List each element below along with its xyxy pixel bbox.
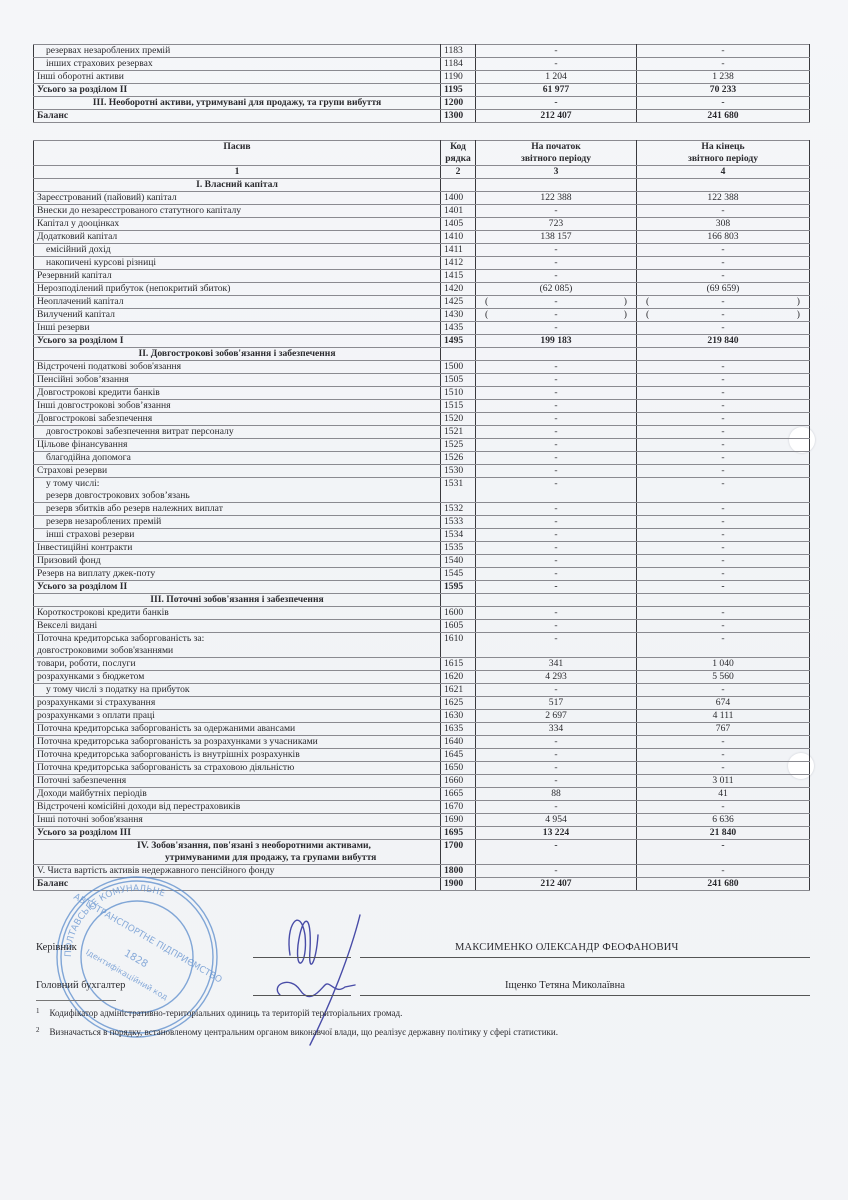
- table-row: Пенсійні зобов’язання1505--: [34, 374, 810, 387]
- row-label: інші страхові резерви: [34, 529, 441, 542]
- section-title: III. Поточні зобов'язання і забезпечення: [34, 594, 441, 607]
- section-equity: I. Власний капітал: [34, 179, 810, 192]
- table-row: Інші довгострокові зобов’язання1515--: [34, 400, 810, 413]
- row-value-end: 674: [637, 697, 810, 710]
- row-label: резерв незароблених премій: [34, 516, 441, 529]
- empty-cell: [637, 594, 810, 607]
- row-value-start: 61 977: [476, 84, 637, 97]
- row-value-end: -: [637, 439, 810, 452]
- row-label: Внески до незареєстрованого статутного к…: [34, 205, 441, 218]
- row-label: Інші довгострокові зобов’язання: [34, 400, 441, 413]
- row-value-end: -: [637, 736, 810, 749]
- row-code: 1410: [441, 231, 476, 244]
- table-row: розрахунками з оплати праці16302 6974 11…: [34, 710, 810, 723]
- head-name-line: [360, 957, 810, 958]
- row-label: Баланс: [34, 110, 441, 123]
- row-code: 1405: [441, 218, 476, 231]
- table-row: Поточна кредиторська заборгованість із в…: [34, 749, 810, 762]
- row-value-end: 70 233: [637, 84, 810, 97]
- row-value-end: (-): [637, 296, 810, 309]
- row-value-start: -: [476, 529, 637, 542]
- col-num-3: 3: [476, 166, 637, 179]
- section-longterm: II. Довгострокові зобов'язання і забезпе…: [34, 348, 810, 361]
- row-value-end: -: [637, 762, 810, 775]
- row-value-end: 166 803: [637, 231, 810, 244]
- row-value-start: -: [476, 413, 637, 426]
- table-row: Резервний капітал1415--: [34, 270, 810, 283]
- row-code: 1670: [441, 801, 476, 814]
- empty-cell: [476, 348, 637, 361]
- footnote-2: 2Визначається в порядку, встановленому ц…: [36, 1027, 558, 1037]
- row-label: у тому числі з податку на прибуток: [34, 684, 441, 697]
- row-value-start: -: [476, 684, 637, 697]
- assets-tail-table: резервах незароблених премій1183--інших …: [33, 44, 810, 123]
- head-name: МАКСИМЕНКО ОЛЕКСАНДР ФЕОФАНОВИЧ: [455, 942, 679, 953]
- table-row: Відстрочені комісійні доходи від перестр…: [34, 801, 810, 814]
- row-value-start: -: [476, 361, 637, 374]
- row-value-end: -: [637, 516, 810, 529]
- row-value-start: -: [476, 749, 637, 762]
- row-code: 1505: [441, 374, 476, 387]
- table-row: Нерозподілений прибуток (непокритий збит…: [34, 283, 810, 296]
- row-value-end: -: [637, 426, 810, 439]
- row-code: 1300: [441, 110, 476, 123]
- section-title-line2: утримуваними для продажу, та групами виб…: [37, 852, 437, 864]
- row-value-end: -: [637, 58, 810, 71]
- row-label-line2: довгостроковими зобов'язаннями: [37, 645, 437, 657]
- row-code: 1425: [441, 296, 476, 309]
- row-code: 1900: [441, 878, 476, 891]
- table-row: Вилучений капітал1430(-)(-): [34, 309, 810, 322]
- row-value-start: -: [476, 322, 637, 335]
- row-label: Векселі видані: [34, 620, 441, 633]
- row-label: Поточна кредиторська заборгованість за р…: [34, 736, 441, 749]
- row-code: 1515: [441, 400, 476, 413]
- row-code: 1605: [441, 620, 476, 633]
- table-row: Усього за розділом I1495199 183219 840: [34, 335, 810, 348]
- row-label: Поточна кредиторська заборгованість за о…: [34, 723, 441, 736]
- row-value-start: -: [476, 568, 637, 581]
- empty-cell: [441, 179, 476, 192]
- table-row: III. Необоротні активи, утримувані для п…: [34, 97, 810, 110]
- row-code: 1531: [441, 478, 476, 503]
- row-value-end: 308: [637, 218, 810, 231]
- row-code: 1615: [441, 658, 476, 671]
- empty-cell: [637, 179, 810, 192]
- table-row: накопичені курсові різниці1412--: [34, 257, 810, 270]
- section-held-for-sale-liabilities: IV. Зобов'язання, пов'язані з необоротни…: [34, 840, 810, 865]
- table-row: Короткострокові кредити банків1600--: [34, 607, 810, 620]
- row-code: 1645: [441, 749, 476, 762]
- table-row: Неоплачений капітал1425(-)(-): [34, 296, 810, 309]
- row-value-start: -: [476, 58, 637, 71]
- row-value-start: -: [476, 257, 637, 270]
- row-value-end: -: [637, 400, 810, 413]
- row-value-start: -: [476, 555, 637, 568]
- row-code: 1401: [441, 205, 476, 218]
- row-value-start: -: [476, 762, 637, 775]
- row-label: Вилучений капітал: [34, 309, 441, 322]
- row-code: 1625: [441, 697, 476, 710]
- table-row: інші страхові резерви1534--: [34, 529, 810, 542]
- row-value-start: -: [476, 400, 637, 413]
- row-value-end: -: [637, 503, 810, 516]
- row-label: Усього за розділом I: [34, 335, 441, 348]
- header-start: На початокзвітного періоду: [476, 141, 637, 166]
- row-value-end: -: [637, 555, 810, 568]
- row-value-start: (-): [476, 296, 637, 309]
- section-title: IV. Зобов'язання, пов'язані з необоротни…: [34, 840, 441, 865]
- row-value-start: 199 183: [476, 335, 637, 348]
- row-value-start: -: [476, 452, 637, 465]
- table-row: Внески до незареєстрованого статутного к…: [34, 205, 810, 218]
- row-value-end: -: [637, 840, 810, 865]
- row-value-start: -: [476, 503, 637, 516]
- row-value-start: -: [476, 478, 637, 503]
- row-value-start: -: [476, 244, 637, 257]
- row-code: 1545: [441, 568, 476, 581]
- row-code: 1400: [441, 192, 476, 205]
- row-value-end: -: [637, 322, 810, 335]
- row-label: Короткострокові кредити банків: [34, 607, 441, 620]
- row-value-end: -: [637, 568, 810, 581]
- row-label: емісійний дохід: [34, 244, 441, 257]
- accountant-signature-line: [253, 995, 351, 996]
- row-code: 1526: [441, 452, 476, 465]
- table-row: Поточна кредиторська заборгованість за р…: [34, 736, 810, 749]
- table-row: розрахунками з бюджетом16204 2935 560: [34, 671, 810, 684]
- row-value-start: -: [476, 205, 637, 218]
- row-value-end: 241 680: [637, 878, 810, 891]
- row-value-start: -: [476, 840, 637, 865]
- row-code: 1595: [441, 581, 476, 594]
- row-value-end: -: [637, 244, 810, 257]
- row-label: Пенсійні зобов’язання: [34, 374, 441, 387]
- row-value-end: -: [637, 684, 810, 697]
- row-label: Резерв на виплату джек-поту: [34, 568, 441, 581]
- row-value-start: -: [476, 97, 637, 110]
- row-value-start: -: [476, 374, 637, 387]
- row-value-start: 1 204: [476, 71, 637, 84]
- head-signature-line: [253, 957, 351, 958]
- table-row: Додатковий капітал1410138 157166 803: [34, 231, 810, 244]
- row-code: 1630: [441, 710, 476, 723]
- row-label: Неоплачений капітал: [34, 296, 441, 309]
- header-passive: Пасив: [34, 141, 441, 166]
- row-code: 1520: [441, 413, 476, 426]
- table-row: Усього за розділом III169513 22421 840: [34, 827, 810, 840]
- row-label: резерв збитків або резерв належних випла…: [34, 503, 441, 516]
- header-end: На кінецьзвітного періоду: [637, 141, 810, 166]
- footnote-1: 1Кодифікатор адміністративно-територіаль…: [36, 1008, 402, 1018]
- table-row: у тому числі з податку на прибуток1621--: [34, 684, 810, 697]
- row-value-start: 341: [476, 658, 637, 671]
- table-row: Страхові резерви1530--: [34, 465, 810, 478]
- row-label: розрахунками з бюджетом: [34, 671, 441, 684]
- row-label: накопичені курсові різниці: [34, 257, 441, 270]
- table-row: інших страхових резервах1184--: [34, 58, 810, 71]
- row-code: 1621: [441, 684, 476, 697]
- row-label: Інші оборотні активи: [34, 71, 441, 84]
- row-code: 1535: [441, 542, 476, 555]
- table-row: розрахунками зі страхування1625517674: [34, 697, 810, 710]
- row-value-start: -: [476, 607, 637, 620]
- row-value-start: (-): [476, 309, 637, 322]
- row-value-end: 767: [637, 723, 810, 736]
- row-label: Довгострокові кредити банків: [34, 387, 441, 400]
- row-label: III. Необоротні активи, утримувані для п…: [34, 97, 441, 110]
- row-value-end: -: [637, 620, 810, 633]
- row-value-end: -: [637, 749, 810, 762]
- table-row: довгострокові забезпечення витрат персон…: [34, 426, 810, 439]
- row-code: 1420: [441, 283, 476, 296]
- row-label: Поточна кредиторська заборгованість із в…: [34, 749, 441, 762]
- row-value-end: -: [637, 865, 810, 878]
- svg-text:1828: 1828: [122, 948, 150, 970]
- row-code: 1635: [441, 723, 476, 736]
- row-code: 1521: [441, 426, 476, 439]
- table-row: у тому числі:резерв довгострокових зобов…: [34, 478, 810, 503]
- row-value-start: 88: [476, 788, 637, 801]
- row-value-start: -: [476, 620, 637, 633]
- table-row: Поточна кредиторська заборгованість за:д…: [34, 633, 810, 658]
- row-code: 1495: [441, 335, 476, 348]
- row-label: Доходи майбутніх періодів: [34, 788, 441, 801]
- row-code: 1610: [441, 633, 476, 658]
- row-label: Резервний капітал: [34, 270, 441, 283]
- table-row: Інші резерви1435--: [34, 322, 810, 335]
- empty-cell: [637, 348, 810, 361]
- row-value-end: 1 238: [637, 71, 810, 84]
- row-label: Зареєстрований (пайовий) капітал: [34, 192, 441, 205]
- row-value-start: 138 157: [476, 231, 637, 244]
- liabilities-table: Пасив Кодрядка На початокзвітного період…: [33, 140, 810, 891]
- row-label: Страхові резерви: [34, 465, 441, 478]
- row-label: Призовий фонд: [34, 555, 441, 568]
- row-value-end: 41: [637, 788, 810, 801]
- row-label: Довгострокові забезпечення: [34, 413, 441, 426]
- row-value-end: -: [637, 633, 810, 658]
- row-label: розрахунками зі страхування: [34, 697, 441, 710]
- row-value-end: -: [637, 270, 810, 283]
- row-value-start: -: [476, 465, 637, 478]
- table-row: Доходи майбутніх періодів16658841: [34, 788, 810, 801]
- table-row: Інші оборотні активи11901 2041 238: [34, 71, 810, 84]
- section-title: I. Власний капітал: [34, 179, 441, 192]
- row-value-start: 4 293: [476, 671, 637, 684]
- row-value-end: -: [637, 413, 810, 426]
- head-label: Керівник: [36, 942, 77, 953]
- row-code: 1620: [441, 671, 476, 684]
- empty-cell: [476, 179, 637, 192]
- table-row: Векселі видані1605--: [34, 620, 810, 633]
- row-value-start: -: [476, 270, 637, 283]
- col-num-2: 2: [441, 166, 476, 179]
- row-label-line2: резерв довгострокових зобов’язань: [46, 490, 437, 502]
- table-header-row: Пасив Кодрядка На початокзвітного період…: [34, 141, 810, 166]
- row-label: Капітал у дооцінках: [34, 218, 441, 231]
- accountant-label: Головний бухгалтер: [36, 980, 125, 991]
- row-code: 1800: [441, 865, 476, 878]
- table-row: резерв незароблених премій1533--: [34, 516, 810, 529]
- accountant-name: Іщенко Тетяна Миколаївна: [505, 980, 625, 991]
- row-value-end: (69 659): [637, 283, 810, 296]
- row-label: довгострокові забезпечення витрат персон…: [34, 426, 441, 439]
- row-value-end: 122 388: [637, 192, 810, 205]
- row-value-end: -: [637, 581, 810, 594]
- row-value-start: 122 388: [476, 192, 637, 205]
- row-code: 1411: [441, 244, 476, 257]
- row-value-start: -: [476, 439, 637, 452]
- row-label-line1: Поточна кредиторська заборгованість за:: [37, 633, 437, 645]
- row-value-start: 212 407: [476, 110, 637, 123]
- row-code: 1184: [441, 58, 476, 71]
- row-code: 1430: [441, 309, 476, 322]
- row-label: Поточна кредиторська заборгованість за:д…: [34, 633, 441, 658]
- footnote-divider: [36, 1000, 116, 1001]
- row-label: товари, роботи, послуги: [34, 658, 441, 671]
- row-label: Поточна кредиторська заборгованість за с…: [34, 762, 441, 775]
- row-code: 1534: [441, 529, 476, 542]
- row-value-end: -: [637, 529, 810, 542]
- row-value-start: -: [476, 426, 637, 439]
- row-label: Поточні забезпечення: [34, 775, 441, 788]
- row-label: інших страхових резервах: [34, 58, 441, 71]
- row-code: 1540: [441, 555, 476, 568]
- table-row: Поточні забезпечення1660-3 011: [34, 775, 810, 788]
- empty-cell: [441, 348, 476, 361]
- col-num-1: 1: [34, 166, 441, 179]
- row-code: 1640: [441, 736, 476, 749]
- row-value-end: -: [637, 97, 810, 110]
- accountant-name-line: [360, 995, 810, 996]
- row-label: Інші резерви: [34, 322, 441, 335]
- row-code: 1700: [441, 840, 476, 865]
- row-code: 1695: [441, 827, 476, 840]
- row-code: 1200: [441, 97, 476, 110]
- section-title-line1: IV. Зобов'язання, пов'язані з необоротни…: [37, 840, 437, 852]
- row-code: 1665: [441, 788, 476, 801]
- row-code: 1530: [441, 465, 476, 478]
- row-label: у тому числі:резерв довгострокових зобов…: [34, 478, 441, 503]
- empty-cell: [476, 594, 637, 607]
- row-label: Цільове фінансування: [34, 439, 441, 452]
- row-label: Усього за розділом II: [34, 581, 441, 594]
- row-code: 1183: [441, 45, 476, 58]
- row-label: Інші поточні зобов'язання: [34, 814, 441, 827]
- table-row: резервах незароблених премій1183--: [34, 45, 810, 58]
- row-code: 1650: [441, 762, 476, 775]
- row-value-end: (-): [637, 309, 810, 322]
- row-code: 1532: [441, 503, 476, 516]
- row-value-end: -: [637, 205, 810, 218]
- table-row: Баланс1300212 407241 680: [34, 110, 810, 123]
- row-label: Відстрочені комісійні доходи від перестр…: [34, 801, 441, 814]
- row-value-end: -: [637, 452, 810, 465]
- row-value-start: -: [476, 542, 637, 555]
- row-code: 1412: [441, 257, 476, 270]
- row-value-end: -: [637, 465, 810, 478]
- table-row: Зареєстрований (пайовий) капітал1400122 …: [34, 192, 810, 205]
- col-num-4: 4: [637, 166, 810, 179]
- row-value-start: (62 085): [476, 283, 637, 296]
- row-value-end: 4 111: [637, 710, 810, 723]
- row-code: 1500: [441, 361, 476, 374]
- row-value-end: -: [637, 542, 810, 555]
- row-value-end: -: [637, 257, 810, 270]
- table-row: Довгострокові забезпечення1520--: [34, 413, 810, 426]
- row-label: розрахунками з оплати праці: [34, 710, 441, 723]
- row-value-start: -: [476, 736, 637, 749]
- row-label: Інвестиційні контракти: [34, 542, 441, 555]
- table-row: Усього за розділом II119561 97770 233: [34, 84, 810, 97]
- table-row: Капітал у дооцінках1405723308: [34, 218, 810, 231]
- row-value-end: 6 636: [637, 814, 810, 827]
- table-row: Інвестиційні контракти1535--: [34, 542, 810, 555]
- table-row: Довгострокові кредити банків1510--: [34, 387, 810, 400]
- row-value-end: 1 040: [637, 658, 810, 671]
- row-value-start: -: [476, 581, 637, 594]
- row-value-end: -: [637, 387, 810, 400]
- row-value-start: 2 697: [476, 710, 637, 723]
- row-label: Відстрочені податкові зобов'язання: [34, 361, 441, 374]
- row-value-start: -: [476, 865, 637, 878]
- row-code: 1415: [441, 270, 476, 283]
- row-label: резервах незароблених премій: [34, 45, 441, 58]
- row-value-end: -: [637, 801, 810, 814]
- row-code: 1525: [441, 439, 476, 452]
- row-value-end: 5 560: [637, 671, 810, 684]
- section-current: III. Поточні зобов'язання і забезпечення: [34, 594, 810, 607]
- row-code: 1435: [441, 322, 476, 335]
- row-value-start: -: [476, 516, 637, 529]
- row-value-start: 13 224: [476, 827, 637, 840]
- header-code: Кодрядка: [441, 141, 476, 166]
- row-value-end: 21 840: [637, 827, 810, 840]
- row-value-start: -: [476, 633, 637, 658]
- table-row: благодійна допомога1526--: [34, 452, 810, 465]
- row-label: Додатковий капітал: [34, 231, 441, 244]
- row-code: 1600: [441, 607, 476, 620]
- row-code: 1533: [441, 516, 476, 529]
- row-value-start: 517: [476, 697, 637, 710]
- row-value-start: 723: [476, 218, 637, 231]
- table-row: Усього за розділом II1595--: [34, 581, 810, 594]
- row-value-end: -: [637, 478, 810, 503]
- row-value-start: 212 407: [476, 878, 637, 891]
- row-value-end: 3 011: [637, 775, 810, 788]
- row-label: Усього за розділом II: [34, 84, 441, 97]
- table-row: Цільове фінансування1525--: [34, 439, 810, 452]
- table-row: Відстрочені податкові зобов'язання1500--: [34, 361, 810, 374]
- row-value-start: -: [476, 387, 637, 400]
- row-value-end: 241 680: [637, 110, 810, 123]
- row-label-line1: у тому числі:: [46, 478, 437, 490]
- table-row: Призовий фонд1540--: [34, 555, 810, 568]
- section-title: II. Довгострокові зобов'язання і забезпе…: [34, 348, 441, 361]
- row-code: 1690: [441, 814, 476, 827]
- row-value-end: -: [637, 361, 810, 374]
- row-value-end: -: [637, 45, 810, 58]
- row-value-end: -: [637, 607, 810, 620]
- row-code: 1660: [441, 775, 476, 788]
- table-row: Поточна кредиторська заборгованість за с…: [34, 762, 810, 775]
- empty-cell: [441, 594, 476, 607]
- row-value-start: -: [476, 45, 637, 58]
- table-row: Поточна кредиторська заборгованість за о…: [34, 723, 810, 736]
- row-value-end: 219 840: [637, 335, 810, 348]
- row-label: благодійна допомога: [34, 452, 441, 465]
